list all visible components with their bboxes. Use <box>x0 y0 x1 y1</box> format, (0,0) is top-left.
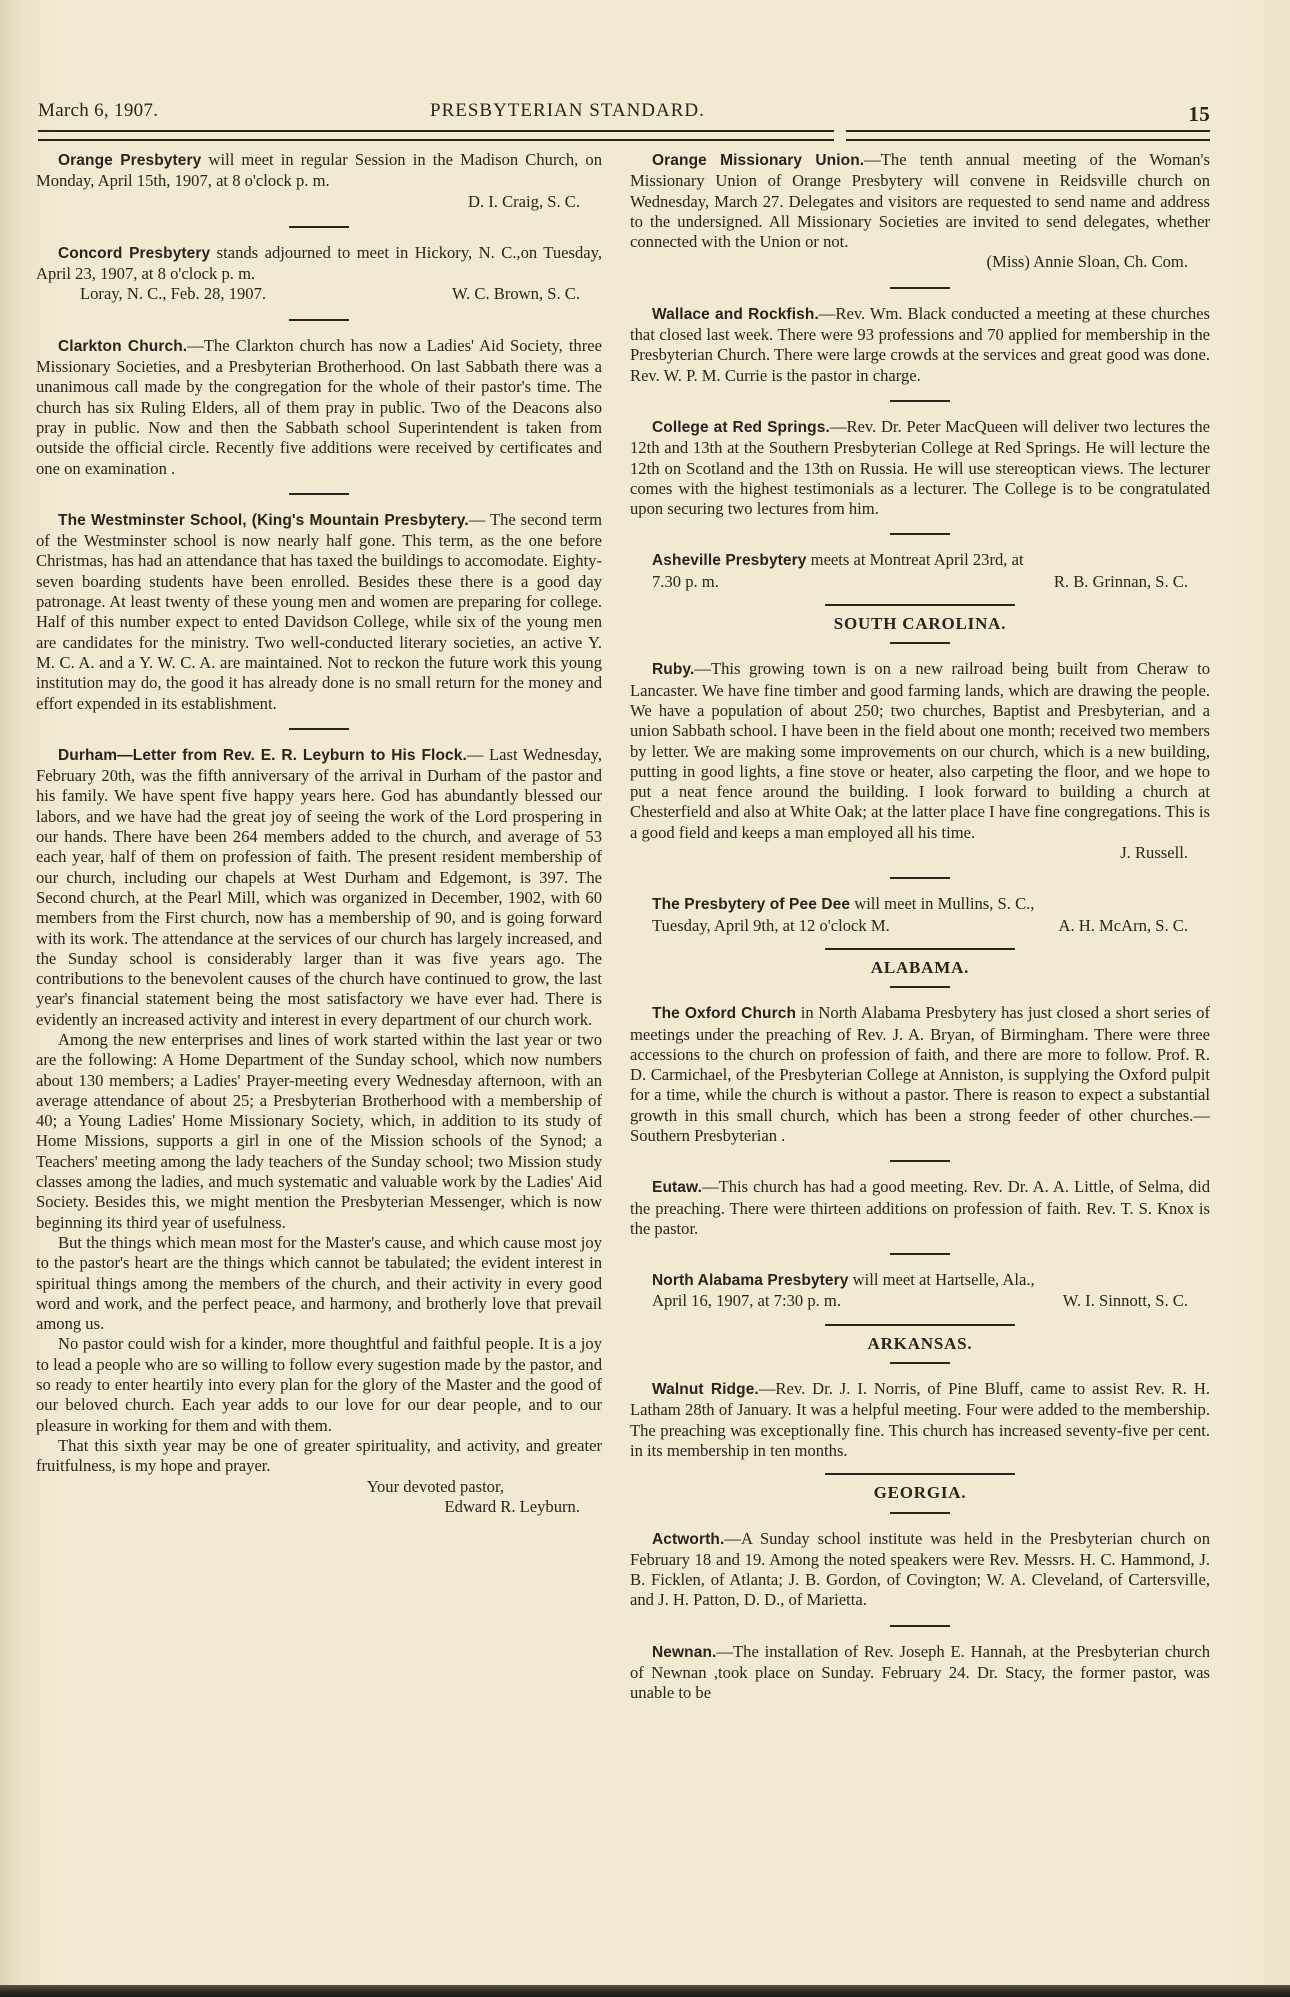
article-concord-presbytery: Concord Presbytery stands adjourned to m… <box>36 243 602 305</box>
article-walnut-ridge: Walnut Ridge.—Rev. Dr. J. I. Norris, of … <box>630 1379 1210 1461</box>
right-column: Orange Missionary Union.—The tenth annua… <box>630 150 1210 1704</box>
article-signature: A. H. McArn, S. C. <box>1036 916 1188 936</box>
article-body: meets at Montreat April 23rd, at <box>807 550 1024 569</box>
article-body: —The Clarkton church has now a Ladies' A… <box>36 336 602 478</box>
article-north-alabama-presbytery: North Alabama Presbytery will meet at Ha… <box>630 1270 1210 1312</box>
section-divider <box>825 948 1015 950</box>
article-actworth: Actworth.—A Sunday school institute was … <box>630 1529 1210 1611</box>
article-time: 7.30 p. m. <box>630 572 719 592</box>
section-heading-georgia: GEORGIA. <box>630 1483 1210 1503</box>
article-signature: W. I. Sinnott, S. C. <box>1041 1291 1188 1311</box>
article-divider <box>890 1362 950 1364</box>
article-lead: Orange Missionary Union. <box>652 152 864 169</box>
section-heading-alabama: ALABAMA. <box>630 958 1210 978</box>
article-divider <box>890 877 950 879</box>
header-rule-right <box>846 130 1210 141</box>
article-lead: Ruby. <box>652 661 694 678</box>
article-divider <box>890 1253 950 1255</box>
article-divider <box>289 728 349 730</box>
header-rule-left <box>38 130 834 141</box>
article-newnan: Newnan.—The installation of Rev. Joseph … <box>630 1642 1210 1704</box>
article-signature: W. C. Brown, S. C. <box>430 284 580 304</box>
article-signature: D. I. Craig, S. C. <box>36 192 602 212</box>
article-lead: Wallace and Rockfish. <box>652 306 819 323</box>
article-body: — The second term of the Westminster sch… <box>36 510 602 713</box>
article-divider <box>890 1625 950 1627</box>
section-divider <box>825 1473 1015 1475</box>
article-wallace-rockfish: Wallace and Rockfish.—Rev. Wm. Black con… <box>630 304 1210 386</box>
letter-closing: Your devoted pastor, <box>36 1477 602 1497</box>
article-lead: Newnan. <box>652 1644 716 1661</box>
article-lead: Concord Presbytery <box>58 245 210 262</box>
article-durham-letter: Durham—Letter from Rev. E. R. Leyburn to… <box>36 745 602 1517</box>
article-orange-missionary-union: Orange Missionary Union.—The tenth annua… <box>630 150 1210 273</box>
publication-title: PRESBYTERIAN STANDARD. <box>430 100 705 122</box>
section-divider <box>825 604 1015 606</box>
article-divider <box>890 400 950 402</box>
article-paragraph: — Last Wednesday, February 20th, was the… <box>36 745 602 1029</box>
article-body: will meet at Hartselle, Ala., <box>849 1270 1035 1289</box>
article-body: —This church has had a good meeting. Rev… <box>630 1177 1210 1238</box>
issue-date: March 6, 1907. <box>38 100 158 122</box>
section-heading-south-carolina: SOUTH CAROLINA. <box>630 614 1210 634</box>
article-lead: Walnut Ridge. <box>652 1381 759 1398</box>
article-time: April 16, 1907, at 7:30 p. m. <box>630 1291 841 1311</box>
article-lead: The Presbytery of Pee Dee <box>652 896 850 913</box>
article-oxford-church: The Oxford Church in North Alabama Presb… <box>630 1003 1210 1146</box>
article-lead: Asheville Presbytery <box>652 552 807 569</box>
article-lead: Clarkton Church. <box>58 338 187 355</box>
article-lead: Durham—Letter from Rev. E. R. Leyburn to… <box>58 747 467 764</box>
article-body: —This growing town is on a new railroad … <box>630 659 1210 841</box>
article-paragraph: No pastor could wish for a kinder, more … <box>36 1334 602 1435</box>
article-westminster-school: The Westminster School, (King's Mountain… <box>36 510 602 714</box>
article-divider <box>289 226 349 228</box>
article-signature: Edward R. Leyburn. <box>36 1497 602 1517</box>
article-divider <box>289 319 349 321</box>
article-body: —The installation of Rev. Joseph E. Hann… <box>630 1642 1210 1703</box>
article-college-red-springs: College at Red Springs.—Rev. Dr. Peter M… <box>630 417 1210 519</box>
article-eutaw: Eutaw.—This church has had a good meetin… <box>630 1177 1210 1239</box>
article-divider <box>890 287 950 289</box>
page-header: March 6, 1907. PRESBYTERIAN STANDARD. 15 <box>38 100 1210 126</box>
article-divider <box>890 642 950 644</box>
article-divider <box>890 1512 950 1514</box>
article-body: in North Alabama Presbytery has just clo… <box>630 1003 1210 1145</box>
section-heading-arkansas: ARKANSAS. <box>630 1334 1210 1354</box>
article-divider <box>289 493 349 495</box>
scan-bottom-edge <box>0 1985 1290 1997</box>
newspaper-page: March 6, 1907. PRESBYTERIAN STANDARD. 15… <box>0 0 1290 1997</box>
article-signature: R. B. Grinnan, S. C. <box>1032 572 1188 592</box>
page-number: 15 <box>1188 102 1210 127</box>
article-place-date: Loray, N. C., Feb. 28, 1907. <box>58 284 266 304</box>
article-divider <box>890 1160 950 1162</box>
article-lead: Eutaw. <box>652 1179 702 1196</box>
article-lead: North Alabama Presbytery <box>652 1272 849 1289</box>
article-time: Tuesday, April 9th, at 12 o'clock M. <box>630 916 890 936</box>
article-signature: J. Russell. <box>630 843 1210 863</box>
article-paragraph: But the things which mean most for the M… <box>36 1233 602 1334</box>
left-column: Orange Presbytery will meet in regular S… <box>36 150 602 1517</box>
article-lead: College at Red Springs. <box>652 419 830 436</box>
article-lead: The Oxford Church <box>652 1005 796 1022</box>
article-lead: Actworth. <box>652 1531 724 1548</box>
article-divider <box>890 533 950 535</box>
article-clarkton-church: Clarkton Church.—The Clarkton church has… <box>36 336 602 479</box>
article-orange-presbytery: Orange Presbytery will meet in regular S… <box>36 150 602 212</box>
article-asheville-presbytery: Asheville Presbytery meets at Montreat A… <box>630 550 1210 592</box>
article-ruby: Ruby.—This growing town is on a new rail… <box>630 659 1210 863</box>
section-divider <box>825 1324 1015 1326</box>
article-signature: (Miss) Annie Sloan, Ch. Com. <box>630 252 1210 272</box>
article-lead: The Westminster School, (King's Mountain… <box>58 512 469 529</box>
article-paragraph: That this sixth year may be one of great… <box>36 1436 602 1477</box>
article-lead: Orange Presbytery <box>58 152 201 169</box>
article-body: will meet in Mullins, S. C., <box>850 894 1034 913</box>
article-divider <box>890 986 950 988</box>
article-paragraph: Among the new enterprises and lines of w… <box>36 1030 602 1233</box>
article-pee-dee: The Presbytery of Pee Dee will meet in M… <box>630 894 1210 936</box>
